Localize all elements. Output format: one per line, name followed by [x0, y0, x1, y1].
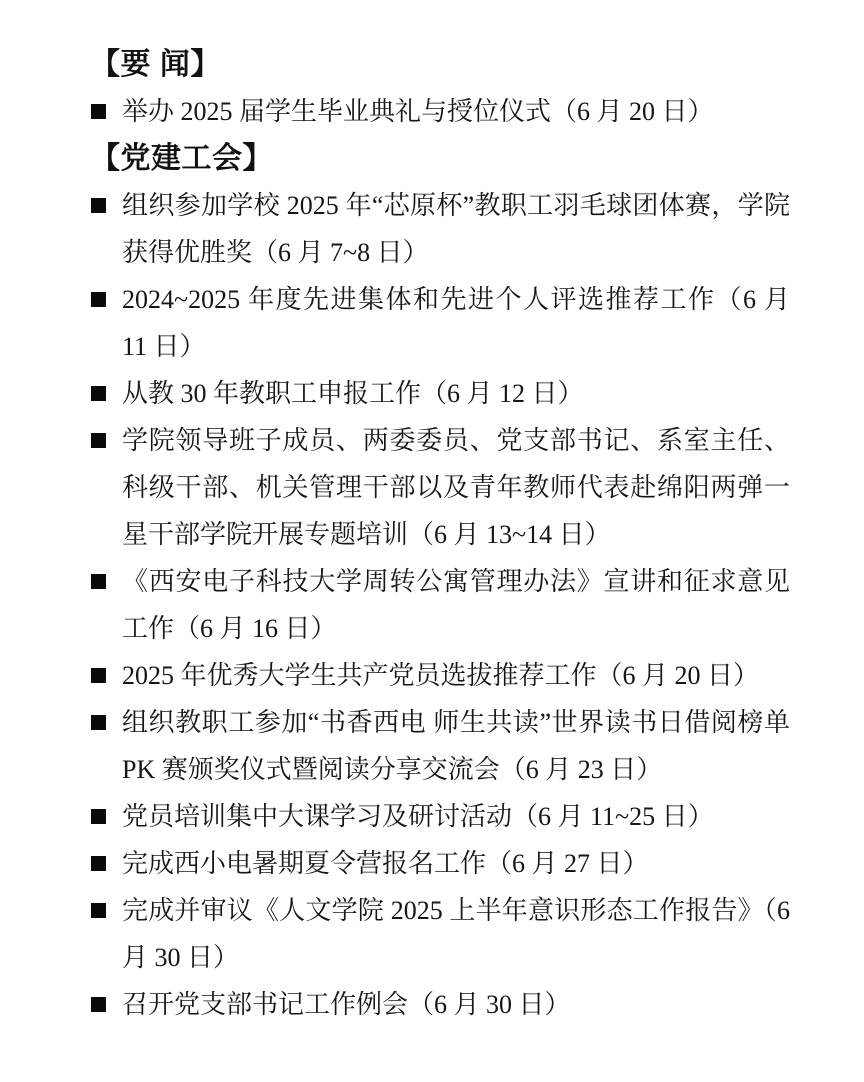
bullet-square-icon [91, 292, 106, 307]
list-item-text: 2024~2025 年度先进集体和先进个人评选推荐工作（6 月 11 日） [122, 285, 790, 361]
list-item: 组织参加学校 2025 年“芯原杯”教职工羽毛球团体赛，学院获得优胜奖（6 月 … [90, 182, 790, 276]
list-item: 召开党支部书记工作例会（6 月 30 日） [90, 981, 790, 1028]
list-item: 2024~2025 年度先进集体和先进个人评选推荐工作（6 月 11 日） [90, 276, 790, 370]
list-item-text: 《西安电子科技大学周转公寓管理办法》宣讲和征求意见工作（6 月 16 日） [122, 567, 790, 643]
bullet-square-icon [91, 198, 106, 213]
list-item: 学院领导班子成员、两委委员、党支部书记、系室主任、科级干部、机关管理干部以及青年… [90, 417, 790, 558]
list-item-text: 党员培训集中大课学习及研讨活动（6 月 11~25 日） [122, 802, 714, 831]
list-item: 党员培训集中大课学习及研讨活动（6 月 11~25 日） [90, 793, 790, 840]
section-heading-headlines: 【要 闻】 [90, 41, 790, 88]
section-heading-party-union: 【党建工会】 [90, 135, 790, 182]
bullet-square-icon [91, 386, 106, 401]
bullet-square-icon [91, 668, 106, 683]
list-item-text: 完成西小电暑期夏令营报名工作（6 月 27 日） [122, 849, 649, 878]
bullet-square-icon [91, 104, 106, 119]
list-item: 从教 30 年教职工申报工作（6 月 12 日） [90, 370, 790, 417]
list-item-text: 组织参加学校 2025 年“芯原杯”教职工羽毛球团体赛，学院获得优胜奖（6 月 … [122, 191, 790, 267]
list-item: 完成并审议《人文学院 2025 上半年意识形态工作报告》（6 月 30 日） [90, 887, 790, 981]
list-item: 2025 年优秀大学生共产党员选拔推荐工作（6 月 20 日） [90, 652, 790, 699]
bullet-square-icon [91, 715, 106, 730]
list-item-text: 学院领导班子成员、两委委员、党支部书记、系室主任、科级干部、机关管理干部以及青年… [122, 426, 790, 549]
list-item: 举办 2025 届学生毕业典礼与授位仪式（6 月 20 日） [90, 88, 790, 135]
list-item-text: 召开党支部书记工作例会（6 月 30 日） [122, 990, 571, 1019]
bullet-square-icon [91, 903, 106, 918]
list-item-text: 举办 2025 届学生毕业典礼与授位仪式（6 月 20 日） [122, 97, 714, 126]
list-item: 《西安电子科技大学周转公寓管理办法》宣讲和征求意见工作（6 月 16 日） [90, 558, 790, 652]
list-item-text: 从教 30 年教职工申报工作（6 月 12 日） [122, 379, 584, 408]
document-page: 【要 闻】 举办 2025 届学生毕业典礼与授位仪式（6 月 20 日） 【党建… [0, 0, 864, 1082]
bullet-square-icon [91, 856, 106, 871]
bullet-square-icon [91, 433, 106, 448]
list-item-text: 组织教职工参加“书香西电 师生共读”世界读书日借阅榜单 PK 赛颁奖仪式暨阅读分… [122, 708, 790, 784]
list-item: 组织教职工参加“书香西电 师生共读”世界读书日借阅榜单 PK 赛颁奖仪式暨阅读分… [90, 699, 790, 793]
list-item-text: 2025 年优秀大学生共产党员选拔推荐工作（6 月 20 日） [122, 661, 759, 690]
bullet-square-icon [91, 574, 106, 589]
list-item-text: 完成并审议《人文学院 2025 上半年意识形态工作报告》（6 月 30 日） [122, 896, 790, 972]
list-item: 完成西小电暑期夏令营报名工作（6 月 27 日） [90, 840, 790, 887]
bullet-square-icon [91, 997, 106, 1012]
bullet-square-icon [91, 809, 106, 824]
